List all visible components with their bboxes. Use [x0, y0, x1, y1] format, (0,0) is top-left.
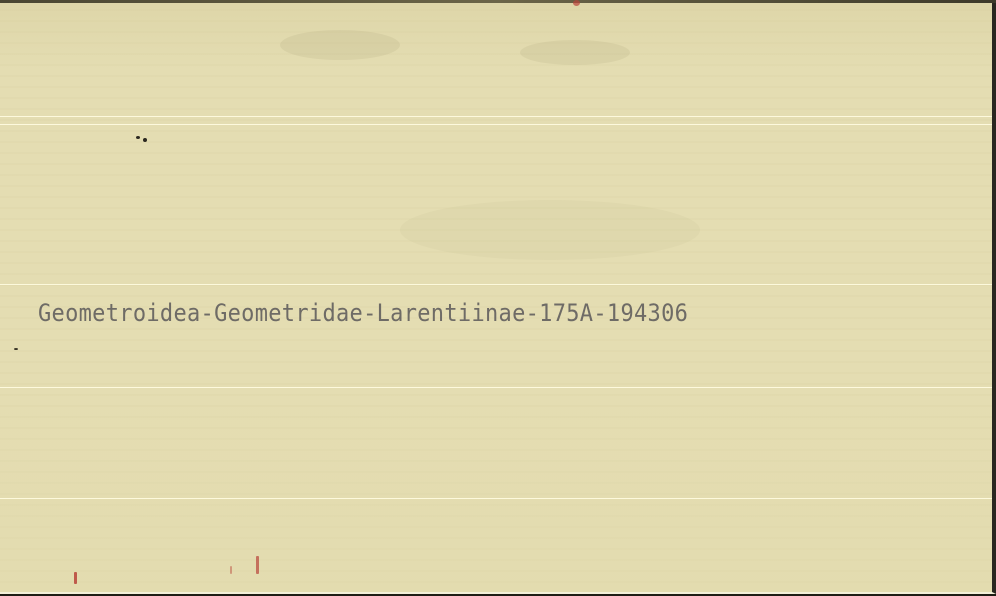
- taxon-classification-text: Geometroidea-Geometridae-Larentiinae-175…: [38, 300, 688, 328]
- red-ink-mark: [230, 566, 232, 574]
- ink-speck: [136, 136, 140, 139]
- scan-line: [0, 284, 992, 285]
- scan-line: [0, 116, 992, 117]
- red-ink-mark: [256, 556, 259, 574]
- red-ink-mark: [573, 0, 580, 6]
- paper-smudge: [280, 30, 400, 60]
- ink-speck: [14, 348, 18, 350]
- scan-line: [0, 498, 992, 499]
- card-top-edge: [0, 0, 996, 3]
- paper-smudge: [400, 200, 700, 260]
- ink-speck: [143, 138, 147, 142]
- index-card: Geometroidea-Geometridae-Larentiinae-175…: [0, 0, 996, 594]
- paper-smudge: [520, 40, 630, 65]
- scan-line: [0, 124, 992, 125]
- scan-line: [0, 387, 992, 388]
- red-ink-mark: [74, 572, 77, 584]
